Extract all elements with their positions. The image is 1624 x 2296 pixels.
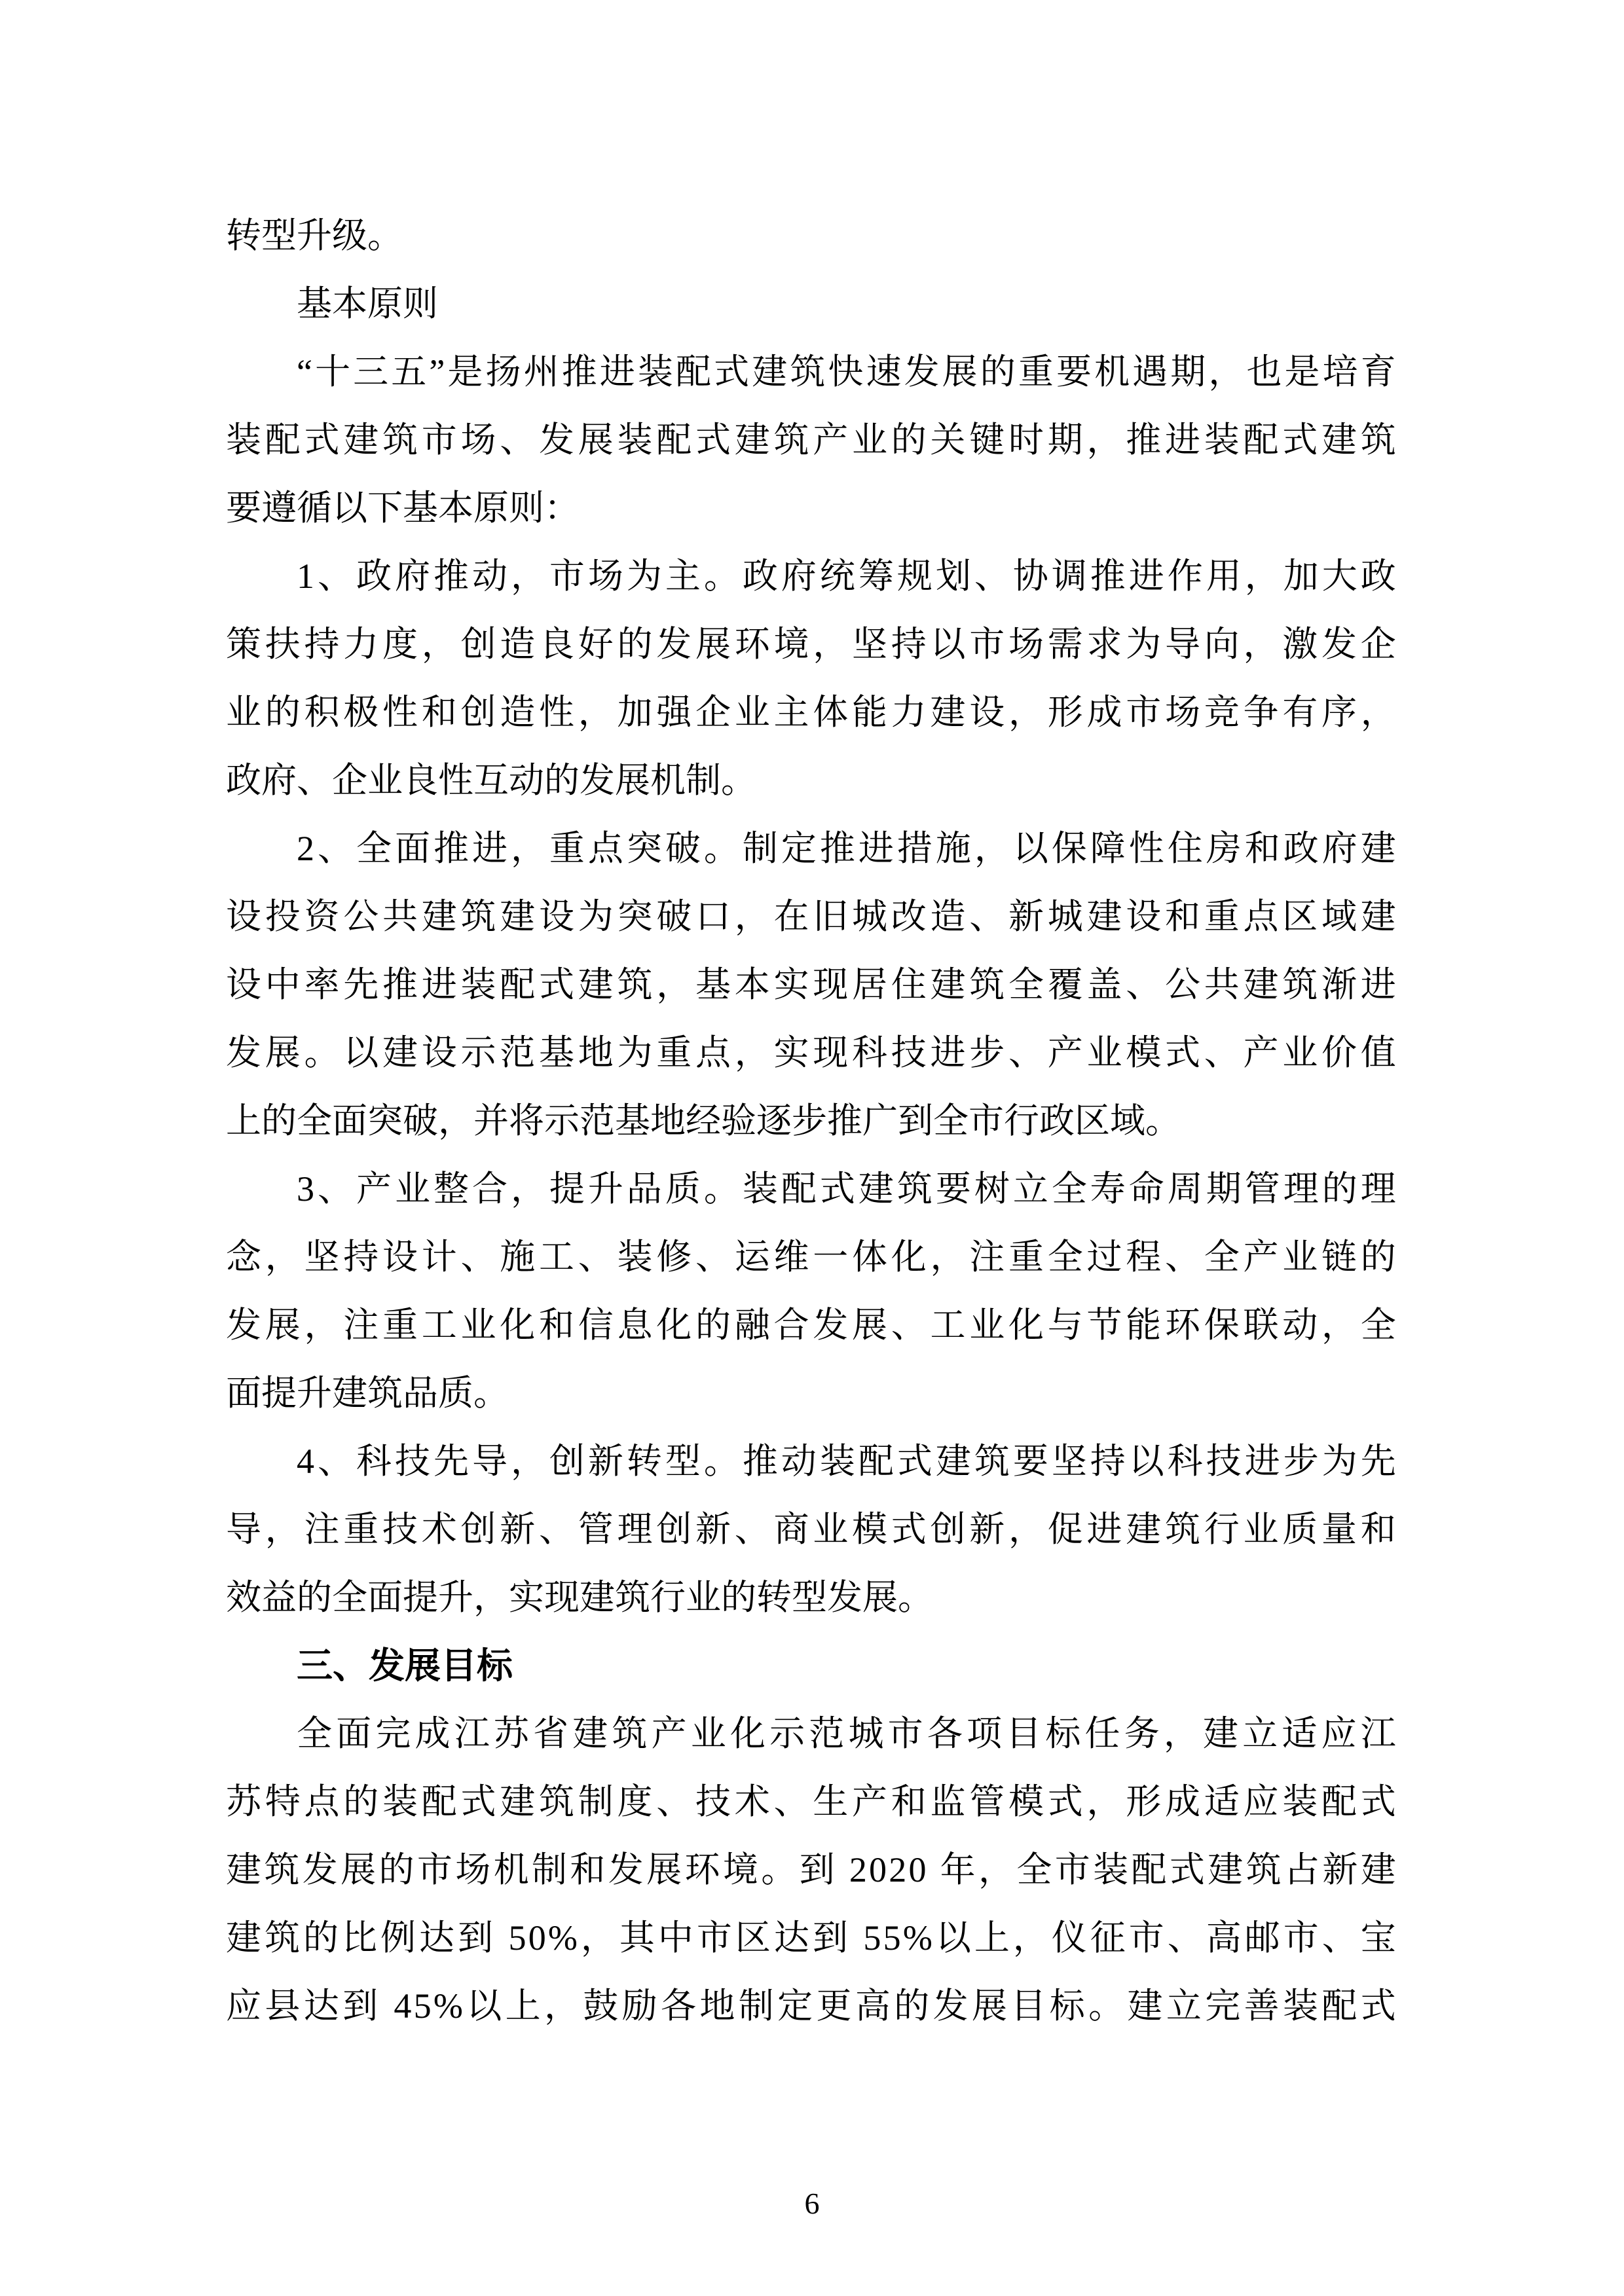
text-line: 上的全面突破，并将示范基地经验逐步推广到全市行政区域。 [226, 1087, 1398, 1155]
text-line: 4、科技先导，创新转型。推动装配式建筑要坚持以科技进步为先 [226, 1427, 1398, 1495]
text-line: 基本原则 [226, 270, 1398, 338]
text-line: 苏特点的装配式建筑制度、技术、生产和监管模式，形成适应装配式 [226, 1768, 1398, 1836]
text-line: 2、全面推进，重点突破。制定推进措施，以保障性住房和政府建 [226, 814, 1398, 883]
text-line: 1、政府推动，市场为主。政府统筹规划、协调推进作用，加大政 [226, 542, 1398, 610]
text-line: 导，注重技术创新、管理创新、商业模式创新，促进建筑行业质量和 [226, 1495, 1398, 1563]
text-line: 转型升级。 [226, 202, 1398, 270]
text-line: 应县达到 45%以上，鼓励各地制定更高的发展目标。建立完善装配式 [226, 1972, 1398, 2040]
text-line: 发展。以建设示范基地为重点，实现科技进步、产业模式、产业价值 [226, 1019, 1398, 1087]
text-line: 策扶持力度，创造良好的发展环境，坚持以市场需求为导向，激发企 [226, 610, 1398, 678]
text-line: 政府、企业良性互动的发展机制。 [226, 746, 1398, 814]
section-heading: 三、发展目标 [226, 1631, 1398, 1700]
text-line: 念，坚持设计、施工、装修、运维一体化，注重全过程、全产业链的 [226, 1223, 1398, 1291]
text-line: 设投资公共建筑建设为突破口，在旧城改造、新城建设和重点区域建 [226, 883, 1398, 951]
text-line: 装配式建筑市场、发展装配式建筑产业的关键时期，推进装配式建筑 [226, 406, 1398, 474]
text-line: 效益的全面提升，实现建筑行业的转型发展。 [226, 1563, 1398, 1631]
text-line: 面提升建筑品质。 [226, 1359, 1398, 1427]
text-line: 建筑的比例达到 50%，其中市区达到 55%以上，仪征市、高邮市、宝 [226, 1904, 1398, 1972]
text-line: 3、产业整合，提升品质。装配式建筑要树立全寿命周期管理的理 [226, 1155, 1398, 1223]
text-line: 业的积极性和创造性，加强企业主体能力建设，形成市场竞争有序， [226, 678, 1398, 746]
text-line: “十三五”是扬州推进装配式建筑快速发展的重要机遇期，也是培育 [226, 338, 1398, 406]
text-line: 全面完成江苏省建筑产业化示范城市各项目标任务，建立适应江 [226, 1700, 1398, 1768]
text-line: 发展，注重工业化和信息化的融合发展、工业化与节能环保联动，全 [226, 1291, 1398, 1359]
document-page: 转型升级。基本原则“十三五”是扬州推进装配式建筑快速发展的重要机遇期，也是培育装… [0, 0, 1624, 2296]
page-number: 6 [805, 2187, 820, 2220]
text-line: 设中率先推进装配式建筑，基本实现居住建筑全覆盖、公共建筑渐进 [226, 951, 1398, 1019]
document-body: 转型升级。基本原则“十三五”是扬州推进装配式建筑快速发展的重要机遇期，也是培育装… [226, 202, 1398, 2040]
text-line: 要遵循以下基本原则： [226, 474, 1398, 542]
page-footer: 6 [0, 2184, 1624, 2223]
text-line: 建筑发展的市场机制和发展环境。到 2020 年，全市装配式建筑占新建 [226, 1836, 1398, 1904]
